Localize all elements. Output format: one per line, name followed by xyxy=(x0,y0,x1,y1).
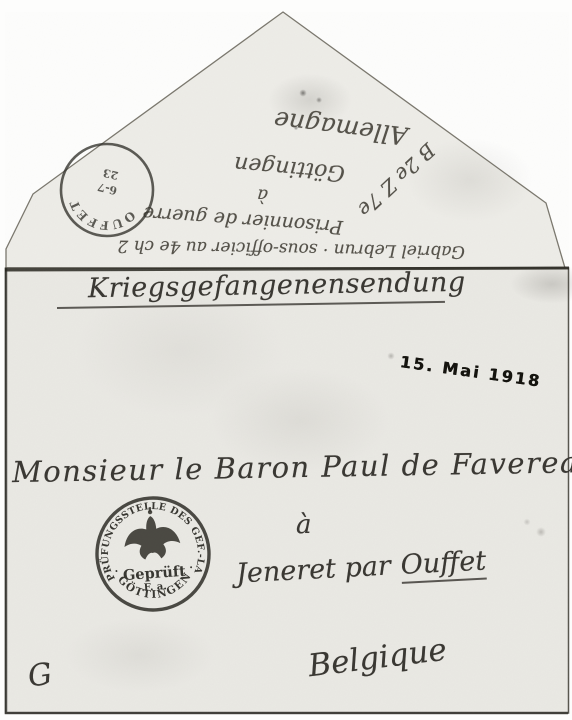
envelope-scan: Allemagne Göttingen à B 2e Z 7e Prisonni… xyxy=(0,0,572,720)
postmark-town: OUFFET xyxy=(62,194,140,240)
address-a: à xyxy=(296,510,312,540)
censor-stamp-fa: F. a. xyxy=(143,581,167,594)
flap-a: à xyxy=(243,183,269,206)
svg-text:OUFFET: OUFFET xyxy=(62,194,140,240)
corner-mark-g: G xyxy=(26,657,55,695)
censor-stamp-goettingen: POSTPRÜFUNGSSTELLE DES GEF.-LAGERS · GÖT… xyxy=(73,474,233,634)
address-locality-underlined: Ouffet xyxy=(400,545,487,583)
postmark-date-line2: 23 xyxy=(102,166,120,182)
kriegsgefangenensendung-label: Kriegsgefangenensendung xyxy=(88,267,466,305)
postmark-date-line1: 6-7 xyxy=(96,180,118,197)
